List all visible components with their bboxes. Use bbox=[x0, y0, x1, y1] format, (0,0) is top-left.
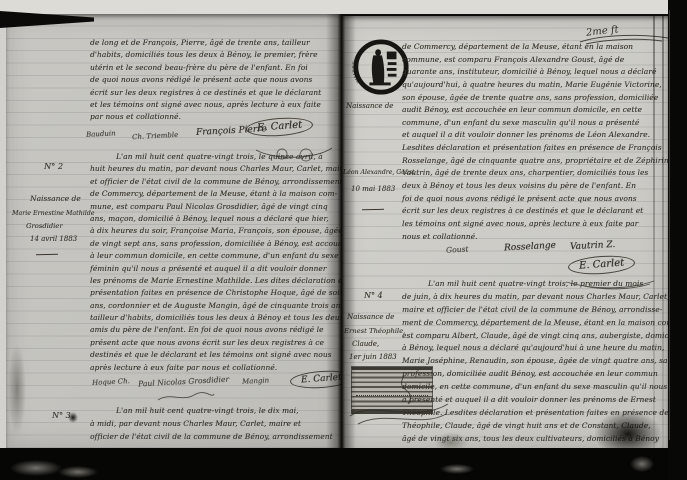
handwritten-line: et les témoins ont signé avec nous, aprè… bbox=[90, 99, 340, 111]
act-4-text: L'an mil huit cent quatre-vingt trois, l… bbox=[402, 278, 664, 446]
act-number: N° 4 bbox=[364, 291, 383, 300]
handwritten-line: ment de Commercy, département de la Meus… bbox=[402, 317, 664, 330]
margin-child-name: Ernest Théophile, bbox=[344, 327, 405, 335]
mayor-signature: E. Carlet bbox=[567, 254, 635, 277]
handwritten-line: commune, d'un enfant du sexe masculin qu… bbox=[402, 117, 664, 130]
handwritten-line: L'an mil huit cent quatre-vingt trois, l… bbox=[90, 151, 340, 163]
handwritten-line: écrit sur les deux registres à ce destin… bbox=[402, 205, 664, 218]
register-page-left: de long et de François, Pierre, âgé de t… bbox=[6, 14, 342, 448]
margin-child-name: Marie Ernestine Mathilde bbox=[12, 210, 94, 217]
handwritten-line: destinés et que le déclarant et les témo… bbox=[90, 349, 340, 361]
act-1-closing-text: de long et de François, Pierre, âgé de t… bbox=[90, 37, 340, 124]
handwritten-line: profession, domiciliée audit Bénoy, est … bbox=[402, 368, 664, 381]
register-page-right: 2me ft TIMBRE Naissance de Léon Alexandr… bbox=[342, 16, 668, 448]
handwritten-line: et auquel il a dit vouloir donner les pr… bbox=[402, 129, 664, 142]
folio-mark-text: 2me ft bbox=[586, 24, 620, 38]
handwritten-line: Rosselange, âgé de cinquante quatre ans,… bbox=[402, 155, 664, 168]
handwritten-line: deux à Bénoy et tous les deux voisins du… bbox=[402, 180, 664, 193]
handwritten-line: Théophile, Claude, âgé de vingt huit ans… bbox=[402, 420, 664, 433]
handwritten-line: à Bénoy, lequel nous a déclaré qu'aujour… bbox=[402, 342, 664, 355]
handwritten-line: de quoi nous avons rédigé le présent act… bbox=[90, 74, 340, 86]
handwritten-line: les prénoms de Marie Ernestine Mathilde.… bbox=[90, 275, 340, 287]
handwritten-line: huit heures du matin, par devant nous Ch… bbox=[90, 163, 340, 175]
tax-stamp-label: TIMBRE bbox=[352, 61, 362, 84]
handwritten-line: utérin et le second beau-frère du père d… bbox=[90, 62, 340, 74]
scanner-bottom-margin bbox=[0, 448, 687, 480]
handwritten-line: de Commercy, département de la Meuse, ét… bbox=[90, 188, 340, 200]
handwritten-line: L'an mil huit cent quatre-vingt trois, l… bbox=[402, 278, 664, 291]
handwritten-line: a présenté et auquel il a dit vouloir do… bbox=[402, 394, 664, 407]
scan-artifact bbox=[440, 464, 474, 474]
handwritten-line: féminin qu'il nous a présenté et auquel … bbox=[90, 263, 340, 275]
handwritten-line: à dix heures du soir, Françoise Maria, F… bbox=[90, 225, 340, 237]
handwritten-line: après lecture à eux faite par nous et co… bbox=[90, 362, 340, 374]
handwritten-line: officier de l'état civil de la commune d… bbox=[90, 430, 340, 443]
handwritten-line: commune, est comparu François Alexandre … bbox=[402, 54, 664, 67]
handwritten-line: présent acte que nous avons écrit sur le… bbox=[90, 337, 340, 349]
handwritten-line: domicile, en cette commune, d'un enfant … bbox=[402, 381, 664, 394]
witness-signature: Bauduin bbox=[86, 129, 116, 139]
act-3-closing-text: de Commercy, département de la Meuse, ét… bbox=[402, 41, 664, 243]
handwritten-line: Théophile. Lesdites déclaration et prése… bbox=[402, 407, 664, 420]
handwritten-line: de Commercy, département de la Meuse, ét… bbox=[402, 41, 664, 54]
witness-signature: Ch. Triemble bbox=[132, 131, 179, 141]
handwritten-line: foi de quoi nous avons rédigé le présent… bbox=[402, 193, 664, 206]
page-fold-line bbox=[662, 16, 664, 448]
scan-artifact bbox=[58, 466, 98, 478]
margin-dash bbox=[36, 254, 58, 255]
handwritten-line: de juin, à dix heures du matin, par deva… bbox=[402, 291, 664, 304]
handwritten-line: audit Bénoy, est accouchée en leur commu… bbox=[402, 104, 664, 117]
signature-paraph bbox=[156, 390, 216, 404]
handwritten-line: mune, est comparu Paul Nicolas Grosdidie… bbox=[90, 201, 340, 213]
paper-stain bbox=[8, 344, 26, 434]
folio-mark: 2me ft bbox=[586, 19, 619, 38]
margin-heading: Naissance de bbox=[30, 194, 81, 203]
margin-heading: Naissance de bbox=[347, 313, 394, 321]
handwritten-line: présentation faites en présence de Chris… bbox=[90, 287, 340, 299]
margin-date: 10 mai 1883 bbox=[351, 185, 395, 193]
witness-signature: Mangin bbox=[242, 376, 269, 385]
act-number: N° 2 bbox=[44, 161, 63, 171]
page-fold-line bbox=[653, 16, 655, 448]
handwritten-line: d'habits, domiciliés tous les deux à Bén… bbox=[90, 49, 340, 61]
margin-heading: Naissance de bbox=[346, 102, 393, 110]
witness-signature: Rosselange bbox=[504, 241, 556, 254]
declarant-signature: Paul Nicolas Grosdidier bbox=[138, 375, 229, 389]
margin-dash bbox=[362, 209, 384, 210]
handwritten-line: Lesdites déclaration et présentation fai… bbox=[402, 142, 664, 155]
handwritten-line: son épouse, âgée de trente quatre ans, s… bbox=[402, 92, 664, 105]
handwritten-line: à midi, par devant nous Charles Maur, Ca… bbox=[90, 417, 340, 430]
handwritten-line: maire et officier de l'état civil de la … bbox=[402, 304, 664, 317]
handwritten-line: est comparu Albert, Claude, âgé de vingt… bbox=[402, 330, 664, 343]
scan-artifact bbox=[630, 456, 654, 472]
handwritten-line: les témoins ont signé avec nous, après l… bbox=[402, 218, 664, 231]
scanner-top-margin bbox=[0, 0, 687, 14]
margin-date: 1er juin 1883 bbox=[349, 353, 397, 361]
declarant-signature: Goust bbox=[446, 244, 469, 254]
margin-date: 14 avril 1883 bbox=[30, 235, 77, 243]
handwritten-line: âgé de vingt six ans, tous les deux cult… bbox=[402, 433, 664, 446]
handwritten-line: qu'aujourd'hui, à quatre heures du matin… bbox=[402, 79, 664, 92]
scan-artifact bbox=[10, 460, 62, 476]
handwritten-line: de long et de François, Pierre, âgé de t… bbox=[90, 37, 340, 49]
margin-child-surname: Claude, bbox=[352, 340, 379, 348]
handwritten-line: L'an mil huit cent quatre-vingt trois, l… bbox=[90, 404, 340, 417]
act-2-text: L'an mil huit cent quatre-vingt trois, l… bbox=[90, 151, 340, 374]
handwritten-line: Vautrin, âgé de trente deux ans, charpen… bbox=[402, 167, 664, 180]
handwritten-line: tailleur d'habits, domiciliés tous les d… bbox=[90, 312, 340, 324]
handwritten-line: écrit sur les deux registres à ce destin… bbox=[90, 87, 340, 99]
scanner-right-margin bbox=[668, 0, 687, 480]
handwritten-line: ans, maçon, domicilié à Bénoy, lequel no… bbox=[90, 213, 340, 225]
handwritten-line: à leur commun domicile, en cette commune… bbox=[90, 250, 340, 262]
handwritten-line: quarante ans, instituteur, domicilié à B… bbox=[402, 66, 664, 79]
svg-text:TIMBRE: TIMBRE bbox=[352, 61, 362, 84]
handwritten-line: ans, cordonnier et de Auguste Mangin, âg… bbox=[90, 300, 340, 312]
margin-child-surname: Grosdidier bbox=[26, 222, 63, 230]
witness-signature: Vautrin Z. bbox=[570, 240, 616, 252]
register-scan: de long et de François, Pierre, âgé de t… bbox=[0, 0, 687, 480]
witness-signature: Hoque Ch. bbox=[92, 377, 130, 387]
handwritten-line: de vingt sept ans, sans profession, domi… bbox=[90, 238, 340, 250]
handwritten-line: et officier de l'état civil de la commun… bbox=[90, 176, 340, 188]
handwritten-line: Marie Joséphine, Renaudin, son épouse, â… bbox=[402, 355, 664, 368]
act-number: N° 3 bbox=[52, 411, 71, 420]
handwritten-line: amis du père de l'enfant. En foi de quoi… bbox=[90, 324, 340, 336]
act-3-opening-text: L'an mil huit cent quatre-vingt trois, l… bbox=[90, 404, 340, 444]
